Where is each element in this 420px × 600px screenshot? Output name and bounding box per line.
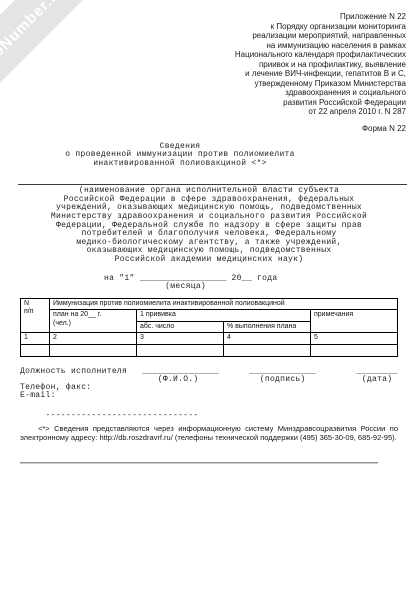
org-name-caption: (наименование органа исполнительной влас…: [20, 187, 398, 264]
form-number-label: Форма N 22: [0, 124, 420, 133]
document-content: Приложение N 22 к Порядку организации мо…: [0, 12, 420, 464]
column-number-cell: 3: [137, 333, 224, 345]
col-header-group: Иммунизация против полиомиелита инактиви…: [50, 298, 398, 310]
col-header-vaccination: 1 прививка: [137, 310, 311, 322]
data-cell: [21, 344, 50, 356]
document-title: Сведения о проведенной иммунизации проти…: [20, 143, 340, 169]
col-header-plan: план на 20__ г. (чел.): [50, 310, 137, 333]
table-data-row: [21, 344, 398, 356]
appendix-reference: Приложение N 22 к Порядку организации мо…: [0, 12, 420, 117]
report-date-line: на "1" _________________ 20__ года (меся…: [0, 275, 420, 292]
col-header-percent: % выполнения плана: [224, 321, 311, 333]
data-cell: [224, 344, 311, 356]
data-cell: [311, 344, 398, 356]
column-number-cell: 5: [311, 333, 398, 345]
immunization-table: N п/п Иммунизация против полиомиелита ин…: [20, 298, 398, 357]
footnote-text: <*> Сведения представляются через информ…: [20, 424, 398, 442]
table-numbering-row: 1 2 3 4 5: [21, 333, 398, 345]
column-number-cell: 2: [50, 333, 137, 345]
footnote-separator: ------------------------------: [0, 411, 420, 420]
signature-block: Должность исполнителя _______________ __…: [0, 368, 420, 401]
table-header-row-1: N п/п Иммунизация против полиомиелита ин…: [21, 298, 398, 310]
column-number-cell: 4: [224, 333, 311, 345]
col-header-number: N п/п: [21, 298, 50, 333]
data-cell: [50, 344, 137, 356]
table-header-row-2: план на 20__ г. (чел.) 1 прививка примеч…: [21, 310, 398, 322]
column-number-cell: 1: [21, 333, 50, 345]
document-page: NoNumber.ru Приложение N 22 к Порядку ор…: [0, 0, 420, 600]
col-header-abs: абс. число: [137, 321, 224, 333]
col-header-notes: примечания: [311, 310, 398, 333]
data-cell: [137, 344, 224, 356]
org-name-underline: [18, 184, 407, 185]
bottom-divider: [20, 462, 378, 464]
